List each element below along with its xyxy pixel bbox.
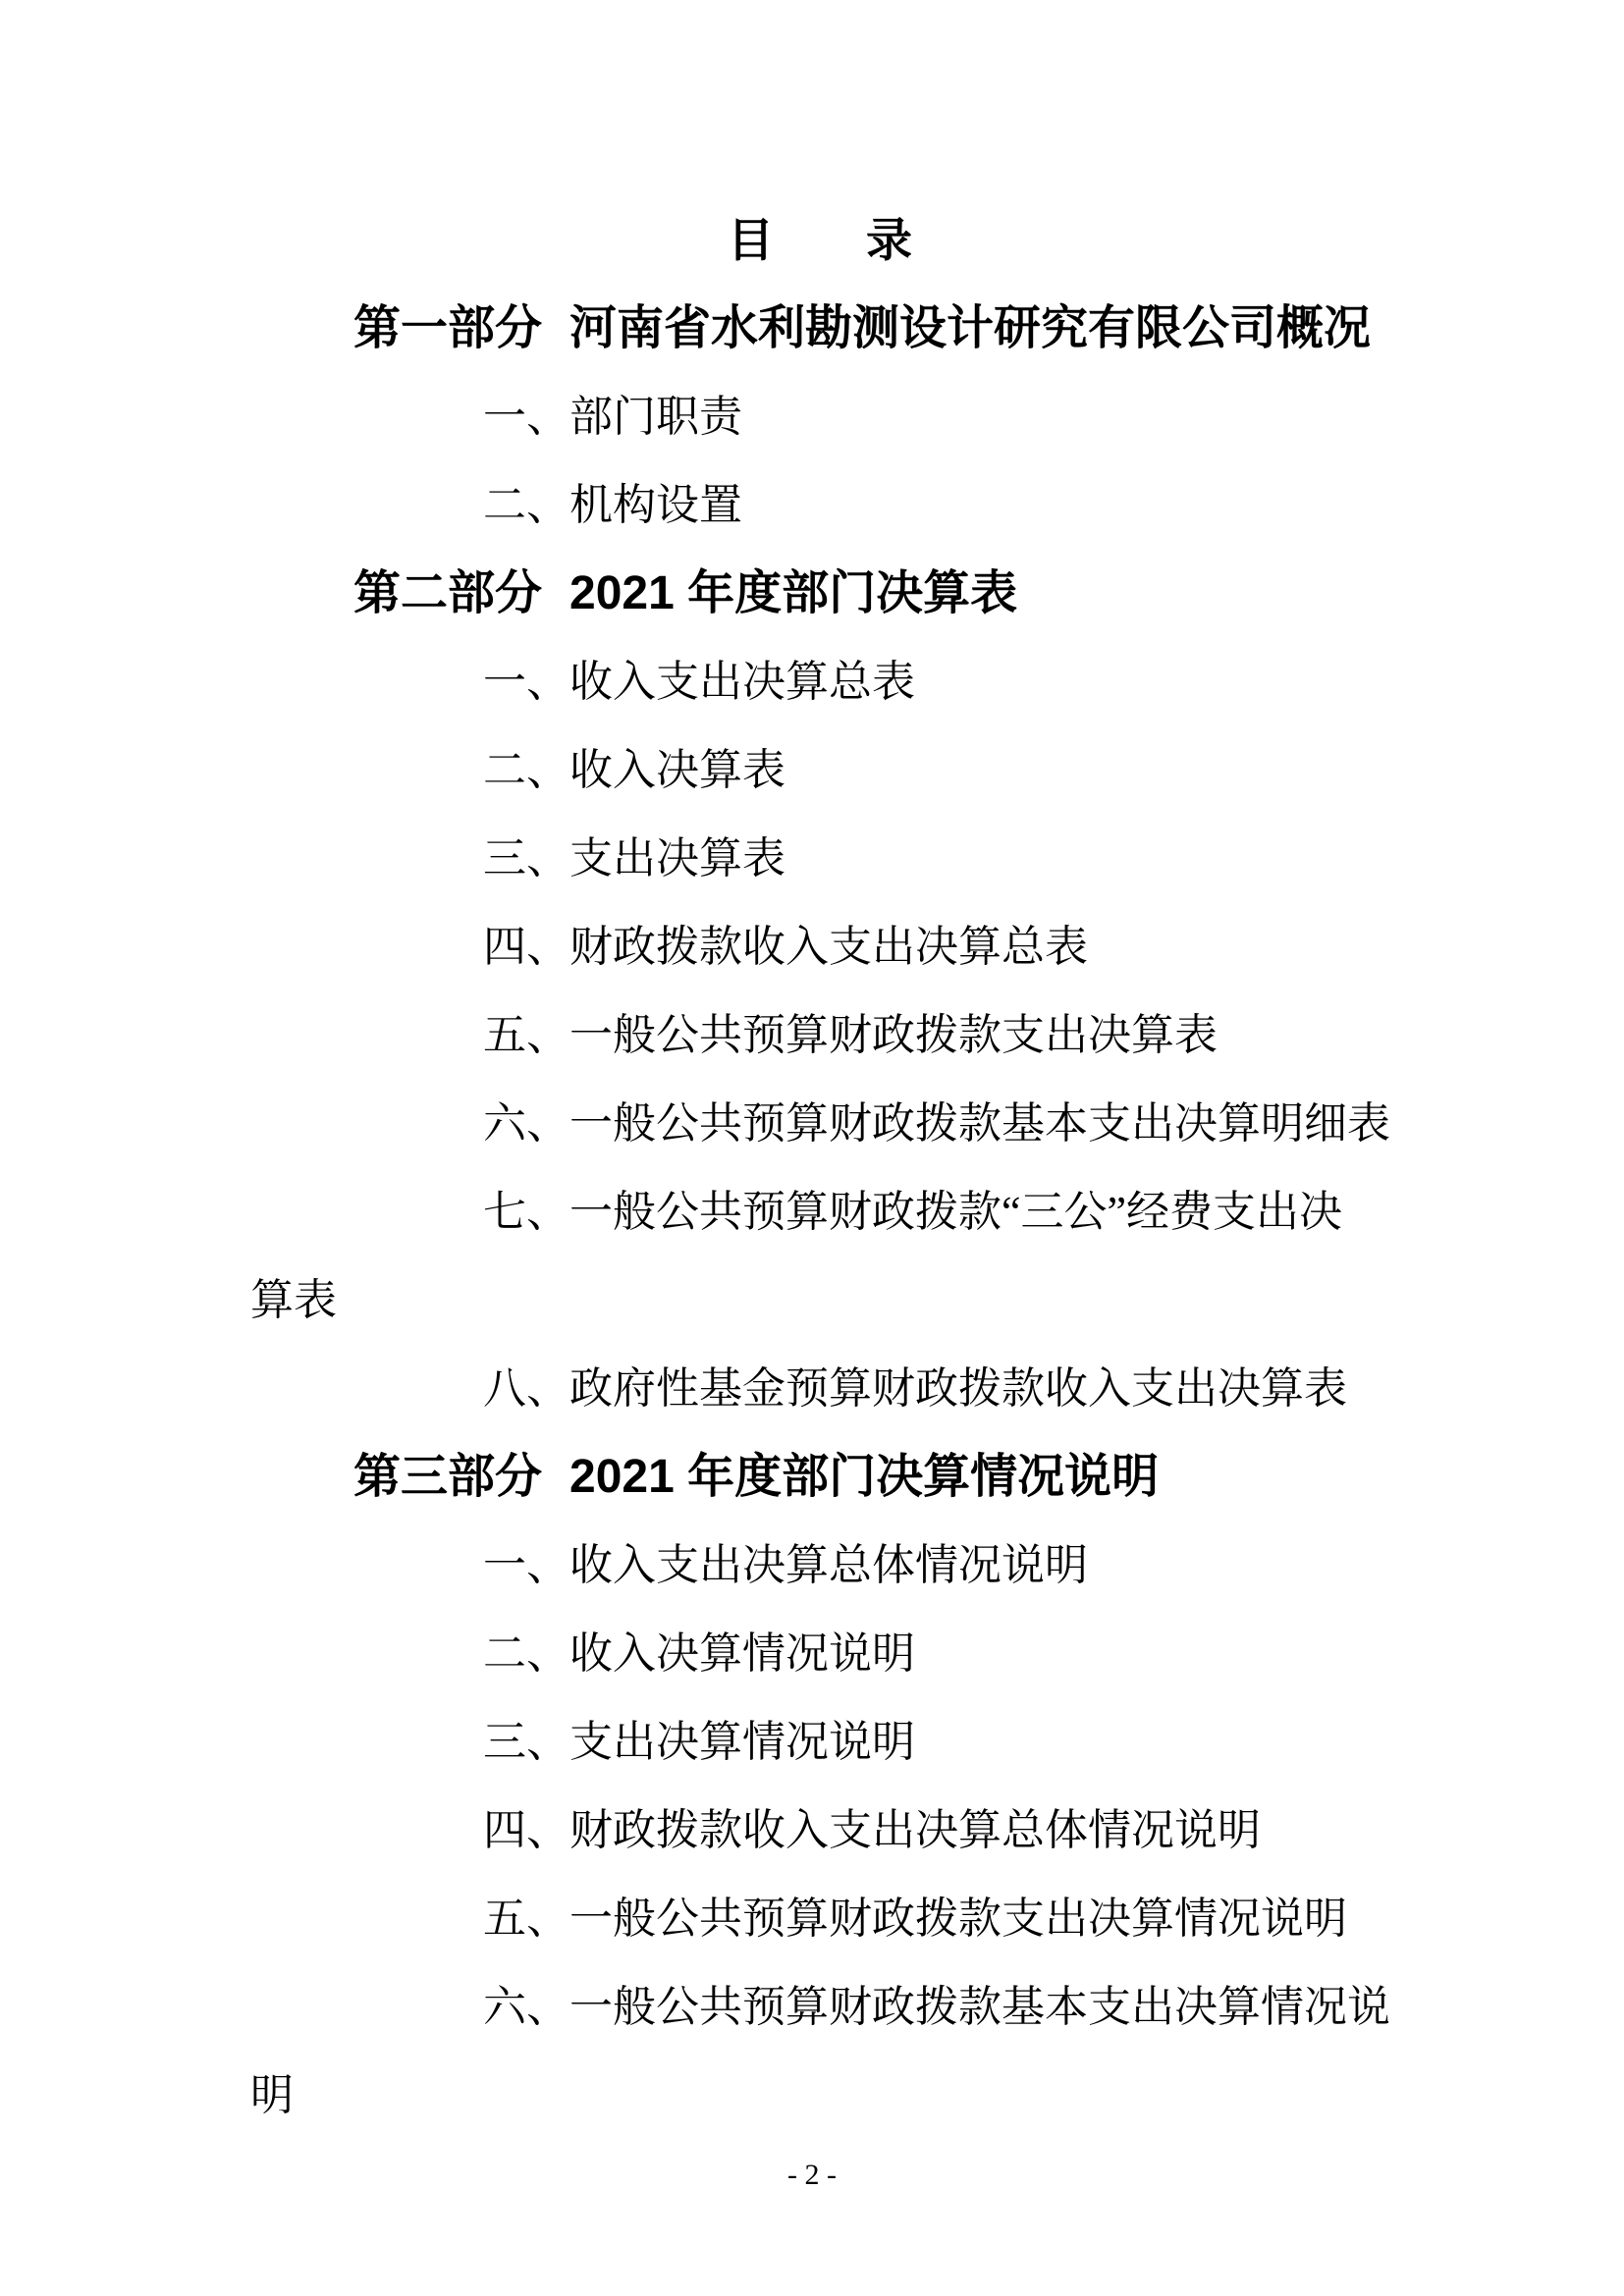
toc-item: 二、收入决算表: [250, 726, 1389, 815]
toc-item: 三、支出决算情况说明: [250, 1698, 1389, 1787]
toc-heading-part-2: 第二部分2021 年度部门决算表: [250, 550, 1389, 638]
toc-item: 六、一般公共预算财政拨款基本支出决算情况说: [250, 1963, 1389, 2052]
toc-heading-part-3: 第三部分2021 年度部门决算情况说明: [250, 1433, 1389, 1522]
toc-item: 四、财政拨款收入支出决算总表: [250, 903, 1389, 991]
toc-item-continuation: 明: [250, 2052, 1389, 2140]
section-title: 2021 年度部门决算情况说明: [569, 1451, 1159, 1503]
section-title: 2021 年度部门决算表: [569, 567, 1017, 619]
document-title: 目 录: [250, 196, 1389, 285]
toc-item: 五、一般公共预算财政拨款支出决算表: [250, 991, 1389, 1080]
section-label: 第三部分: [353, 1433, 542, 1522]
toc-heading-part-1: 第一部分河南省水利勘测设计研究有限公司概况: [250, 285, 1389, 373]
toc-item: 六、一般公共预算财政拨款基本支出决算明细表: [250, 1080, 1389, 1168]
toc-item: 五、一般公共预算财政拨款支出决算情况说明: [250, 1875, 1389, 1963]
toc-item: 二、机构设置: [250, 461, 1389, 550]
toc-content: 目 录 第一部分河南省水利勘测设计研究有限公司概况 一、部门职责 二、机构设置 …: [250, 196, 1389, 2140]
section-label: 第二部分: [353, 550, 542, 638]
section-label: 第一部分: [353, 285, 542, 373]
toc-item-continuation: 算表: [250, 1256, 1389, 1345]
toc-item: 七、一般公共预算财政拨款“三公”经费支出决: [250, 1168, 1389, 1256]
toc-item: 八、政府性基金预算财政拨款收入支出决算表: [250, 1345, 1389, 1433]
toc-item: 一、收入支出决算总表: [250, 638, 1389, 726]
toc-item: 四、财政拨款收入支出决算总体情况说明: [250, 1787, 1389, 1875]
section-title: 河南省水利勘测设计研究有限公司概况: [569, 302, 1371, 354]
toc-item: 三、支出决算表: [250, 815, 1389, 903]
toc-item: 二、收入决算情况说明: [250, 1610, 1389, 1698]
toc-item: 一、部门职责: [250, 373, 1389, 461]
document-page: 目 录 第一部分河南省水利勘测设计研究有限公司概况 一、部门职责 二、机构设置 …: [0, 0, 1624, 2296]
page-number: - 2 -: [0, 2156, 1624, 2195]
toc-item: 一、收入支出决算总体情况说明: [250, 1522, 1389, 1610]
